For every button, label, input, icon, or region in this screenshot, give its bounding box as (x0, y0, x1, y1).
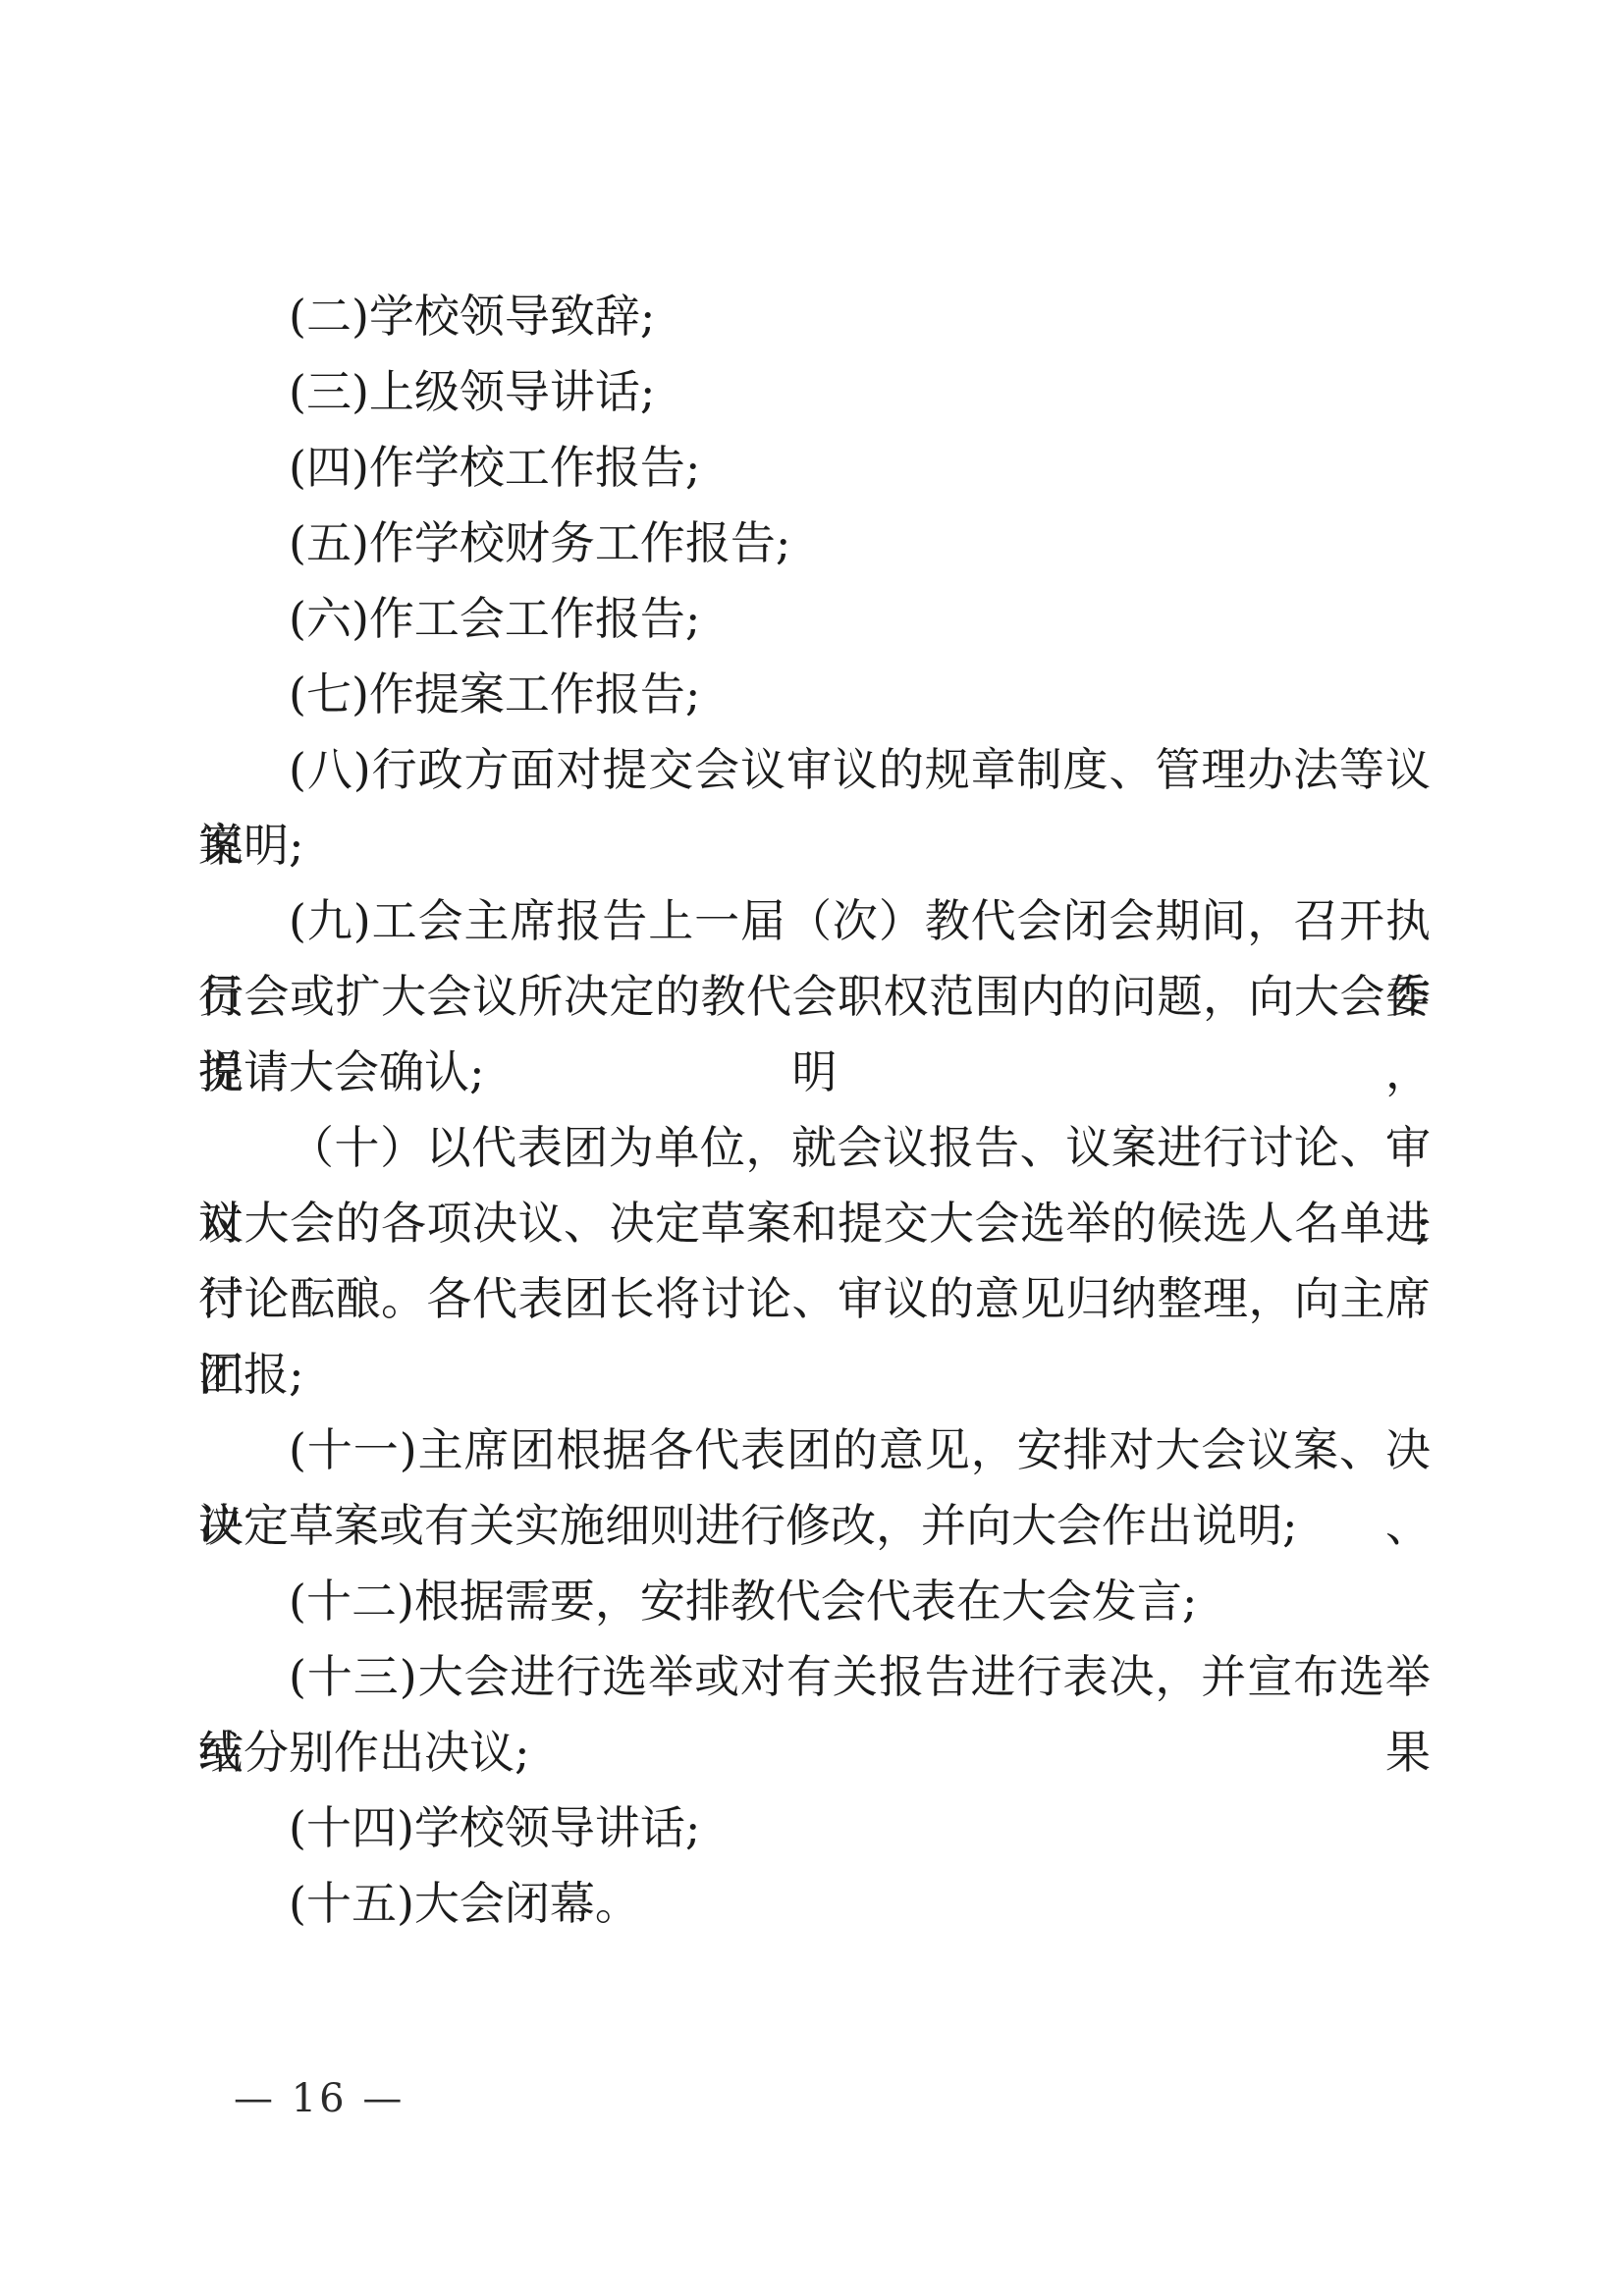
text-line: (五)作学校财务工作报告; (198, 506, 1431, 581)
text-line: 决定草案或有关实施细则进行修改，并向大会作出说明; (198, 1488, 1431, 1564)
text-line: 员会或扩大会议所决定的教代会职权范围内的问题，向大会作说明， (198, 959, 1431, 1035)
text-line: (七)作提案工作报告; (198, 657, 1431, 732)
text-line: (四)作学校工作报告; (198, 430, 1431, 506)
text-line: (八)行政方面对提交会议审议的规章制度、管理办法等议案 (198, 732, 1431, 808)
text-line: (二)学校领导致辞; (198, 279, 1431, 354)
text-line: (十四)学校领导讲话; (198, 1790, 1431, 1866)
text-line: (十三)大会进行选举或对有关报告进行表决，并宣布选举结果 (198, 1639, 1431, 1715)
text-line: (十二)根据需要，安排教代会代表在大会发言; (198, 1564, 1431, 1639)
text-line: (九)工会主席报告上一届（次）教代会闭会期间，召开执行委 (198, 883, 1431, 959)
text-line: （十）以代表团为单位，就会议报告、议案进行讨论、审议; (198, 1110, 1431, 1186)
text-line: 汇报; (198, 1337, 1431, 1413)
text-line: (六)作工会工作报告; (198, 581, 1431, 657)
text-line: (十一)主席团根据各代表团的意见，安排对大会议案、决议、 (198, 1413, 1431, 1488)
document-page: (二)学校领导致辞; (三)上级领导讲话; (四)作学校工作报告; (五)作学校… (0, 0, 1624, 2296)
document-body: (二)学校领导致辞; (三)上级领导讲话; (四)作学校工作报告; (五)作学校… (198, 279, 1431, 1942)
text-line: 对大会的各项决议、决定草案和提交大会选举的候选人名单进行 (198, 1186, 1431, 1261)
text-line: (十五)大会闭幕。 (198, 1866, 1431, 1942)
text-line: 说明; (198, 808, 1431, 883)
text-line: (三)上级领导讲话; (198, 354, 1431, 430)
text-line: 讨论酝酿。各代表团长将讨论、审议的意见归纳整理，向主席团 (198, 1261, 1431, 1337)
page-number: — 16 — (234, 2075, 405, 2122)
